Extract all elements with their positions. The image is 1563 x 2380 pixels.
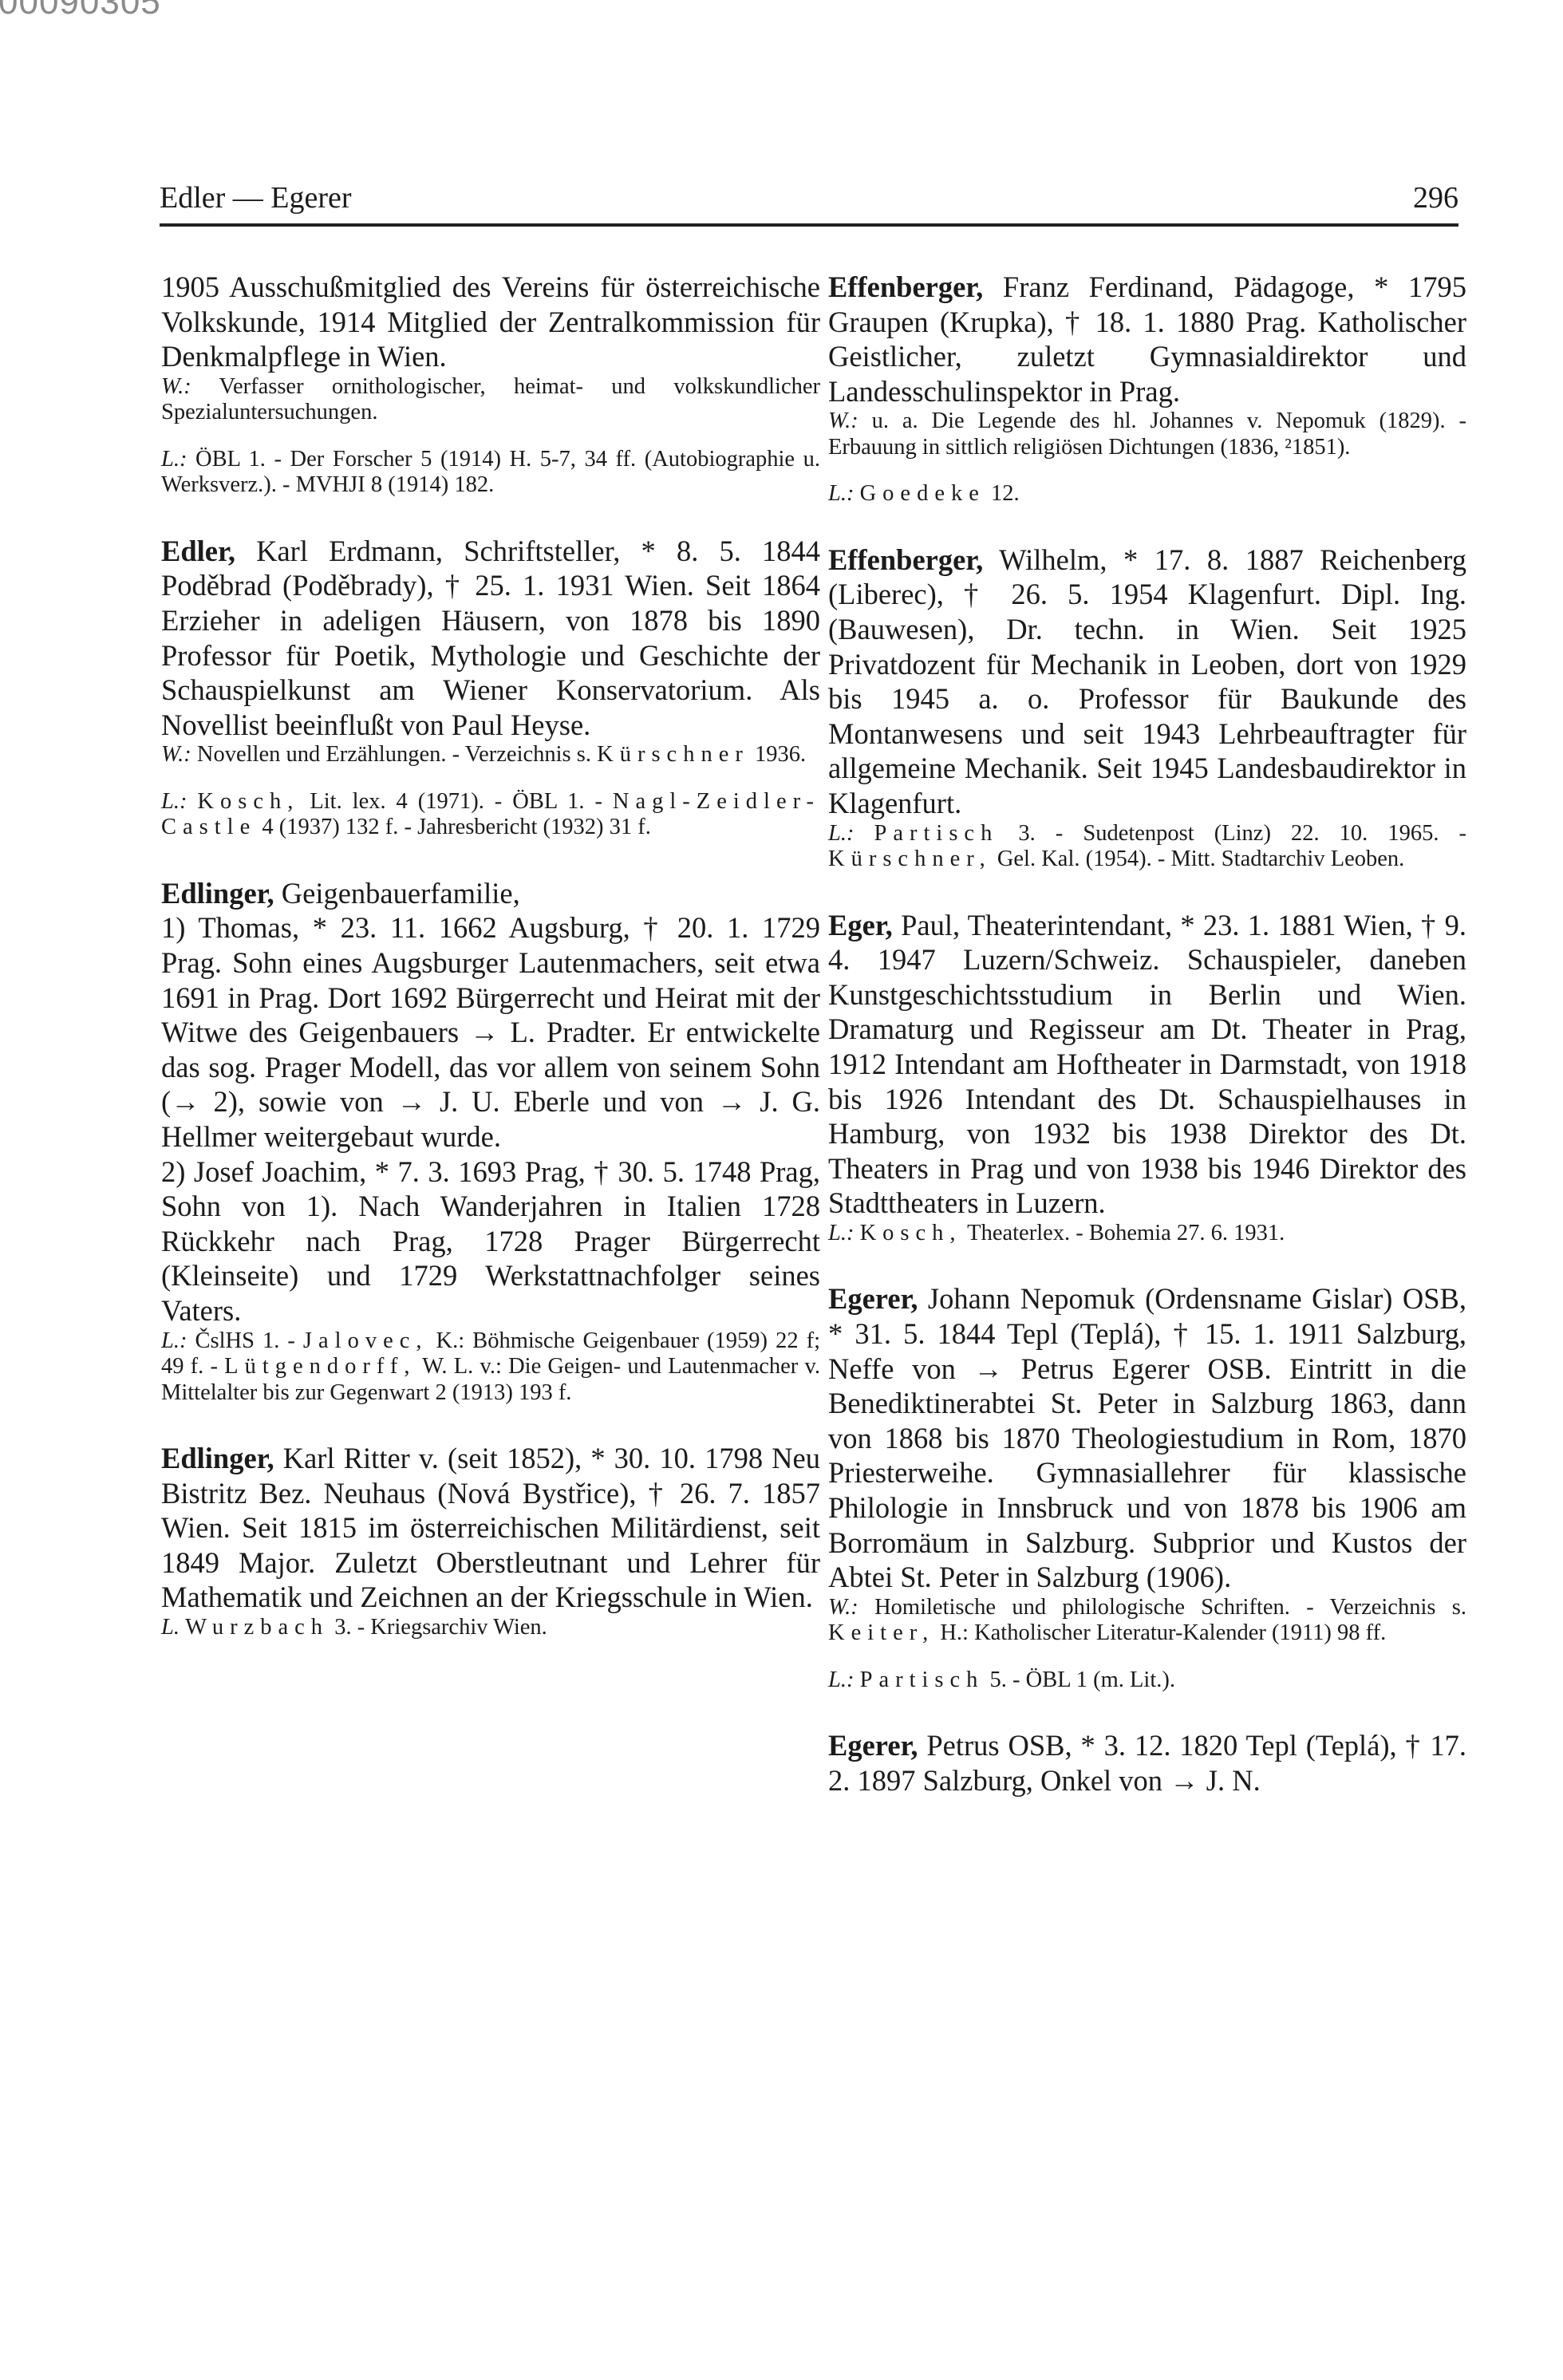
works-reference: W.: Novellen und Erzählungen. - Verzeich… <box>161 742 820 768</box>
literature-label: L.: <box>828 1668 854 1692</box>
entry-text: Edlinger, Karl Ritter v. (seit 1852), * … <box>161 1441 820 1615</box>
works-text: Homiletische und philologische Schriften… <box>874 1595 1466 1620</box>
literature-label: L.: <box>828 821 854 846</box>
spaced-author: Goedeke <box>860 481 985 506</box>
literature-text: Gel. Kal. (1954). - Mitt. Stadtarchiv Le… <box>997 847 1405 871</box>
literature-text: Theaterlex. - Bohemia 27. 6. 1931. <box>967 1221 1285 1245</box>
works-text: 1936. <box>755 742 806 767</box>
literature-text: 12. <box>991 481 1020 506</box>
headword: Edlinger, <box>161 1442 274 1474</box>
works-reference: W.: Homiletische und philologische Schri… <box>828 1595 1466 1647</box>
literature-reference: L. Wurzbach 3. - Kriegsarchiv Wien. <box>161 1615 820 1641</box>
entry-continuation: 1905 Ausschußmitglied des Vereins für ös… <box>161 270 820 499</box>
literature-text: 3. - Kriegsarchiv Wien. <box>334 1615 547 1640</box>
headword: Edlinger, <box>161 877 274 910</box>
entry-egerer-petrus: Egerer, Petrus OSB, * 3. 12. 1820 Tepl (… <box>828 1728 1466 1798</box>
literature-reference: L.: Partisch 5. - ÖBL 1 (m. Lit.). <box>828 1668 1466 1694</box>
spaced-author: Kosch, <box>197 789 299 814</box>
running-title: Edler — Egerer <box>160 180 352 215</box>
entry-text: Eger, Paul, Theaterintendant, * 23. 1. 1… <box>828 908 1466 1221</box>
spaced-author: Keiter, <box>828 1620 934 1645</box>
entry-text: Egerer, Johann Nepomuk (Ordensname Gisla… <box>828 1281 1466 1594</box>
entry-body: Karl Erdmann, Schriftsteller, * 8. 5. 18… <box>161 535 820 741</box>
scan-id-watermark: 00090305 <box>0 0 161 22</box>
entry-text: Effenberger, Franz Ferdinand, Pädagoge, … <box>828 270 1466 409</box>
entry-edlinger-karl: Edlinger, Karl Ritter v. (seit 1852), * … <box>161 1441 820 1640</box>
literature-text: ČslHS 1. - <box>195 1328 295 1353</box>
works-label: W.: <box>161 374 191 399</box>
entry-text: Effenberger, Wilhelm, * 17. 8. 1887 Reic… <box>828 543 1466 821</box>
entry-body: Johann Nepomuk (Ordensname Gislar) OSB, … <box>828 1282 1466 1593</box>
family-member-2: 2) Josef Joachim, * 7. 3. 1693 Prag, † 3… <box>161 1154 820 1328</box>
works-text: Verfasser ornithologischer, heimat- und … <box>161 374 820 425</box>
works-label: W.: <box>828 409 858 433</box>
works-reference: W.: u. a. Die Legende des hl. Johannes v… <box>828 409 1466 460</box>
works-text: Novellen und Erzählungen. - Verzeichnis … <box>197 742 591 767</box>
entry-edler-karl: Edler, Karl Erdmann, Schriftsteller, * 8… <box>161 534 820 841</box>
literature-label: L. <box>161 1615 180 1640</box>
literature-reference: L.: ČslHS 1. - Jalovec, K.: Böhmische Ge… <box>161 1328 820 1407</box>
entry-title: Geigenbauerfamilie, <box>282 877 520 910</box>
headword: Effenberger, <box>828 270 983 303</box>
family-member-1: 1) Thomas, * 23. 11. 1662 Augsburg, † 20… <box>161 910 820 1154</box>
works-label: W.: <box>161 742 191 767</box>
headword: Eger, <box>828 909 893 941</box>
spaced-author: Wurzbach <box>185 1615 329 1640</box>
header-rule <box>160 223 1458 227</box>
works-label: W.: <box>828 1595 858 1620</box>
entry-body: Paul, Theaterintendant, * 23. 1. 1881 Wi… <box>828 909 1466 1220</box>
headword: Egerer, <box>828 1282 918 1315</box>
spaced-author: Kürschner <box>597 742 749 767</box>
headword: Effenberger, <box>828 543 983 576</box>
entry-egerer-johann: Egerer, Johann Nepomuk (Ordensname Gisla… <box>828 1281 1466 1693</box>
entry-edlinger-family: Edlinger, Geigenbauerfamilie, 1) Thomas,… <box>161 876 820 1406</box>
literature-label: L.: <box>828 1221 854 1245</box>
works-reference: W.: Verfasser ornithologischer, heimat- … <box>161 374 820 426</box>
literature-reference: L.: Partisch 3. - Sudetenpost (Linz) 22.… <box>828 821 1466 873</box>
entry-eger-paul: Eger, Paul, Theaterintendant, * 23. 1. 1… <box>828 908 1466 1247</box>
literature-text: 5. - ÖBL 1 (m. Lit.). <box>990 1668 1175 1692</box>
spaced-author: Lütgendorff, <box>224 1354 416 1379</box>
literature-label: L.: <box>161 1328 187 1353</box>
entry-text: Edler, Karl Erdmann, Schriftsteller, * 8… <box>161 534 820 743</box>
spaced-author: Kürschner, <box>828 847 992 871</box>
headword: Edler, <box>161 535 235 567</box>
spaced-author: Kosch, <box>860 1221 962 1245</box>
spaced-author: Partisch <box>874 821 999 846</box>
works-text: H.: Katholischer Literatur-Kalender (191… <box>940 1620 1386 1645</box>
entry-text: 1905 Ausschußmitglied des Vereins für ös… <box>161 270 820 374</box>
literature-label: L.: <box>828 481 854 506</box>
literature-reference: L.: Kosch, Lit. lex. 4 (1971). - ÖBL 1. … <box>161 789 820 841</box>
literature-reference: L.: Goedeke 12. <box>828 481 1466 507</box>
literature-reference: L.: ÖBL 1. - Der Forscher 5 (1914) H. 5-… <box>161 447 820 499</box>
spaced-author: Partisch <box>860 1668 985 1692</box>
right-column: Effenberger, Franz Ferdinand, Pädagoge, … <box>828 270 1466 1833</box>
literature-text: Lit. lex. 4 (1971). - ÖBL 1. - <box>310 789 602 814</box>
entry-effenberger-wilhelm: Effenberger, Wilhelm, * 17. 8. 1887 Reic… <box>828 543 1466 873</box>
spaced-author: Jalovec, <box>303 1328 428 1353</box>
entry-text: Edlinger, Geigenbauerfamilie, <box>161 876 820 911</box>
entry-body: Petrus OSB, * 3. 12. 1820 Tepl (Teplá), … <box>828 1729 1466 1797</box>
left-column: 1905 Ausschußmitglied des Vereins für ös… <box>161 270 820 1676</box>
literature-reference: L.: Kosch, Theaterlex. - Bohemia 27. 6. … <box>828 1221 1466 1247</box>
literature-text: 3. - Sudetenpost (Linz) 22. 10. 1965. - <box>1018 821 1466 846</box>
entry-text: Egerer, Petrus OSB, * 3. 12. 1820 Tepl (… <box>828 1728 1466 1798</box>
works-text: u. a. Die Legende des hl. Johannes v. Ne… <box>828 409 1466 460</box>
running-header: Edler — Egerer 296 <box>160 180 1458 215</box>
literature-text: ÖBL 1. - Der Forscher 5 (1914) H. 5-7, 3… <box>161 447 820 498</box>
literature-label: L.: <box>161 789 187 814</box>
headword: Egerer, <box>828 1729 918 1762</box>
literature-text: 4 (1937) 132 f. - Jahresbericht (1932) 3… <box>262 815 651 839</box>
page-number: 296 <box>1413 180 1458 215</box>
entry-effenberger-franz: Effenberger, Franz Ferdinand, Pädagoge, … <box>828 270 1466 507</box>
literature-label: L.: <box>161 447 187 472</box>
entry-body: Wilhelm, * 17. 8. 1887 Reichenberg (Libe… <box>828 543 1466 819</box>
